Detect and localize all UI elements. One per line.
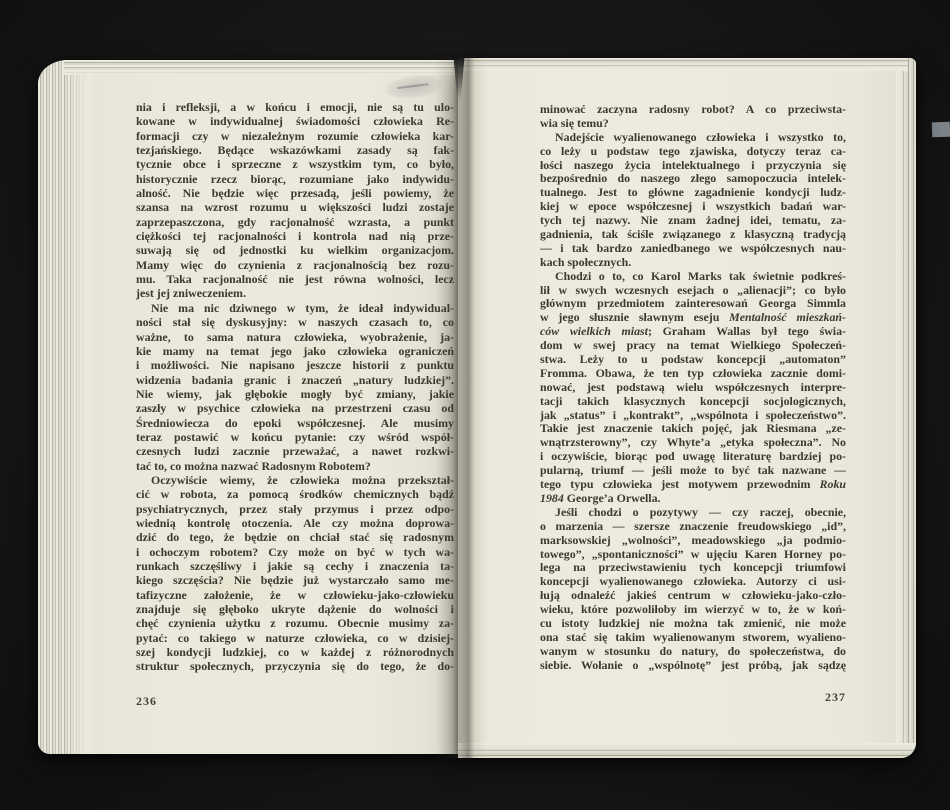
text-line: ności stał się dyskusyjny: w naszych cza… <box>136 315 454 329</box>
text-line: czesnych ludzi zacznie przeważać, a nawe… <box>136 444 454 458</box>
text-line: i możliwości. Nie napisano jeszcze histo… <box>136 358 454 372</box>
page-stack-fore-edge-right <box>896 58 916 758</box>
text-line: formacji czy w niezależnym rozumie człow… <box>136 129 454 143</box>
text-line: zaszły w psychice człowieka na przestrze… <box>136 401 454 415</box>
text-line: jest jej zniweczeniem. <box>136 286 454 300</box>
text-line: mu. Taka racjonalność nie jest równa wol… <box>136 272 454 286</box>
text-line: kiej w epoce współczesnej i wszystkich b… <box>540 200 846 214</box>
text-line: o marzenia — szersze znaczenie freudowsk… <box>540 520 846 534</box>
text-line: tacji takich klasycznych koncepcji socjo… <box>540 395 846 409</box>
text-line: kach społecznych. <box>540 256 846 270</box>
text-line: i oczywiście, biorąc pod uwagę literatur… <box>540 450 846 464</box>
text-line: pularną, triumf — jeśli może to być tak … <box>540 464 846 478</box>
text-line: wieku, które pozwoliłoby im wierzyć w to… <box>540 603 846 617</box>
text-line: lił w swych wczesnych esejach o „alienac… <box>540 284 846 298</box>
text-line: Nie ma nic dziwnego w tym, że ideał indy… <box>136 301 454 315</box>
text-line: nować, jest podstawą wielu współczesnych… <box>540 381 846 395</box>
text-line: tycznie obce i sprzeczne z wszystkim tym… <box>136 157 454 171</box>
text-line: minować zaczyna radosny robot? A co prze… <box>540 103 846 117</box>
text-line: znajduje się głęboko ukryte dążenie do w… <box>136 602 454 616</box>
text-line: kowane w indywidualnej świadomości człow… <box>136 114 454 128</box>
page-stack-bottom-edge-left <box>38 738 463 754</box>
text-line: kiego szczęścia? Nie będzie już wystarcz… <box>136 573 454 587</box>
text-line: — i tak bardzo zaniedbanego we współczes… <box>540 242 846 256</box>
text-line: wia się temu? <box>540 117 846 131</box>
text-line: szej kondycji ludzkiej, co w każdej z ró… <box>136 645 454 659</box>
ink-stamp-mark <box>397 83 429 89</box>
text-line: chęć czynienia użytku z rozumu. Obecnie … <box>136 616 454 630</box>
text-line: i ochoczym robotem? Czy może on być w ty… <box>136 545 454 559</box>
page-stack-top-edge-right <box>458 58 908 71</box>
page-stack-top-edge-left <box>64 60 463 75</box>
text-line: runkach szczęśliwy i jakie są cechy i zn… <box>136 559 454 573</box>
left-page-text-column: nia i refleksji, a w końcu i emocji, nie… <box>136 100 454 674</box>
gray-edge-mark <box>932 122 950 138</box>
text-line: ważne, to sama natura człowieka, wyobraż… <box>136 330 454 344</box>
text-line: szansa na wzrost rozumu u większości lud… <box>136 200 454 214</box>
text-line: suwają się od jednostki ku wielkim organ… <box>136 243 454 257</box>
text-line: ciężkości tej racjonalności i kontrola n… <box>136 229 454 243</box>
page-number-left: 236 <box>136 694 157 709</box>
text-line: łości naszego życia intelektualnego i pr… <box>540 159 846 173</box>
text-line: koncepcji wyalienowanego człowieka. Auto… <box>540 575 846 589</box>
text-line: widzenia badania granic i znaczeń „natur… <box>136 373 454 387</box>
text-line: Mamy więc do czynienia z racjonalnością … <box>136 258 454 272</box>
text-line: Chodzi o to, co Karol Marks tak świetnie… <box>540 270 846 284</box>
text-line: tualnego. Jest to główne zagadnienie kon… <box>540 186 846 200</box>
page-number-right: 237 <box>806 690 846 705</box>
text-line: wnątrzsterowny”, czy Whyte’a „etyka społ… <box>540 436 846 450</box>
text-line: Nadejście wyalienowanego człowieka i wsz… <box>540 131 846 145</box>
text-line: teraz postawić w końcu pytanie: czy wśró… <box>136 430 454 444</box>
text-line: gadnienia, tak ściśle związanego z klasy… <box>540 228 846 242</box>
text-line: struktur społecznych, przyczynia się do … <box>136 659 454 673</box>
text-line: jak „status” i „kontrakt”, „wspólnota i … <box>540 409 846 423</box>
text-line: tafizyczne założenie, że w człowieku-jak… <box>136 588 454 602</box>
text-line: marksowskiej „wolności”, meadowskiego „j… <box>540 534 846 548</box>
text-line: siebie. Wołanie o „wspólnotę” jest próbą… <box>540 659 846 673</box>
text-line: tego typu człowieka jest motywem przewod… <box>540 478 846 492</box>
text-line: ona stać się takim wyalienowanym stworem… <box>540 631 846 645</box>
text-line: historycznie rzecz biorąc, rozumiane jak… <box>136 172 454 186</box>
text-line: Nie wiemy, jak głębokie mogły być zmiany… <box>136 387 454 401</box>
text-line: w jego słusznie sławnym eseju Mentalność… <box>540 311 846 325</box>
text-line: psychiatrycznych, przez stały przymus i … <box>136 502 454 516</box>
text-line: cić w robota, za pomocą środków chemiczn… <box>136 487 454 501</box>
text-line: towego”, „spontaniczności” w ujęciu Kare… <box>540 548 846 562</box>
text-line: kie mamy na temat jego jako człowieka og… <box>136 344 454 358</box>
text-line: głównym przedmiotem zainteresowań Georga… <box>540 297 846 311</box>
text-line: Jeśli chodzi o pozytywy — czy raczej, ob… <box>540 506 846 520</box>
text-line: Fromma. Obawa, że ten typ człowieka zacz… <box>540 367 846 381</box>
text-line: cu istoty ludzkiej nie można tak zmienić… <box>540 617 846 631</box>
text-line: 1984 George’a Orwella. <box>540 492 846 506</box>
text-line: lega na przeciwstawieniu tych koncepcji … <box>540 561 846 575</box>
text-line: stwa. Leży to u podstaw koncepcji „autom… <box>540 353 846 367</box>
text-line: co leży u podstaw tego zjawiska, dotyczy… <box>540 145 846 159</box>
text-line: pytać: co takiego w naturze człowieka, c… <box>136 631 454 645</box>
right-page-text-column: minować zaczyna radosny robot? A co prze… <box>540 103 846 673</box>
text-line: ców wielkich miast; Graham Wallas był te… <box>540 325 846 339</box>
text-line: wanym w stosunku do natury, do społeczeń… <box>540 645 846 659</box>
text-line: Średniowiecza do epoki współczesnej. Ale… <box>136 416 454 430</box>
text-line: dom w swej pracy na temat Wielkiego Społ… <box>540 339 846 353</box>
text-line: wiednią kontrolę otoczenia. Ale czy możn… <box>136 516 454 530</box>
text-line: tych tej nazwy. Nie znam żadnej idei, te… <box>540 214 846 228</box>
text-line: alność. Nie będzie więc przesadą, jeśli … <box>136 186 454 200</box>
text-line: Takie jest znaczenie takich pojęć, jak R… <box>540 422 846 436</box>
text-line: tezjańskiego. Będące wskazówkami zasady … <box>136 143 454 157</box>
text-line: zaprzepaszczona, gdy racjonalność wzrast… <box>136 215 454 229</box>
text-line: łują odnaleźć jakieś centrum w człowieku… <box>540 589 846 603</box>
page-stack-bottom-edge-right <box>458 743 916 758</box>
text-line: bezpośrednio do naszego złego samopoczuc… <box>540 172 846 186</box>
text-line: nia i refleksji, a w końcu i emocji, nie… <box>136 100 454 114</box>
page-stack-fore-edge-left <box>38 60 92 754</box>
text-line: dzić do tego, że będzie on chciał stać s… <box>136 530 454 544</box>
text-line: Oczywiście wiemy, że człowieka można prz… <box>136 473 454 487</box>
text-line: tać to, co można nazwać Radosnym Robotem… <box>136 459 454 473</box>
book-photo-scene: nia i refleksji, a w końcu i emocji, nie… <box>0 0 950 810</box>
